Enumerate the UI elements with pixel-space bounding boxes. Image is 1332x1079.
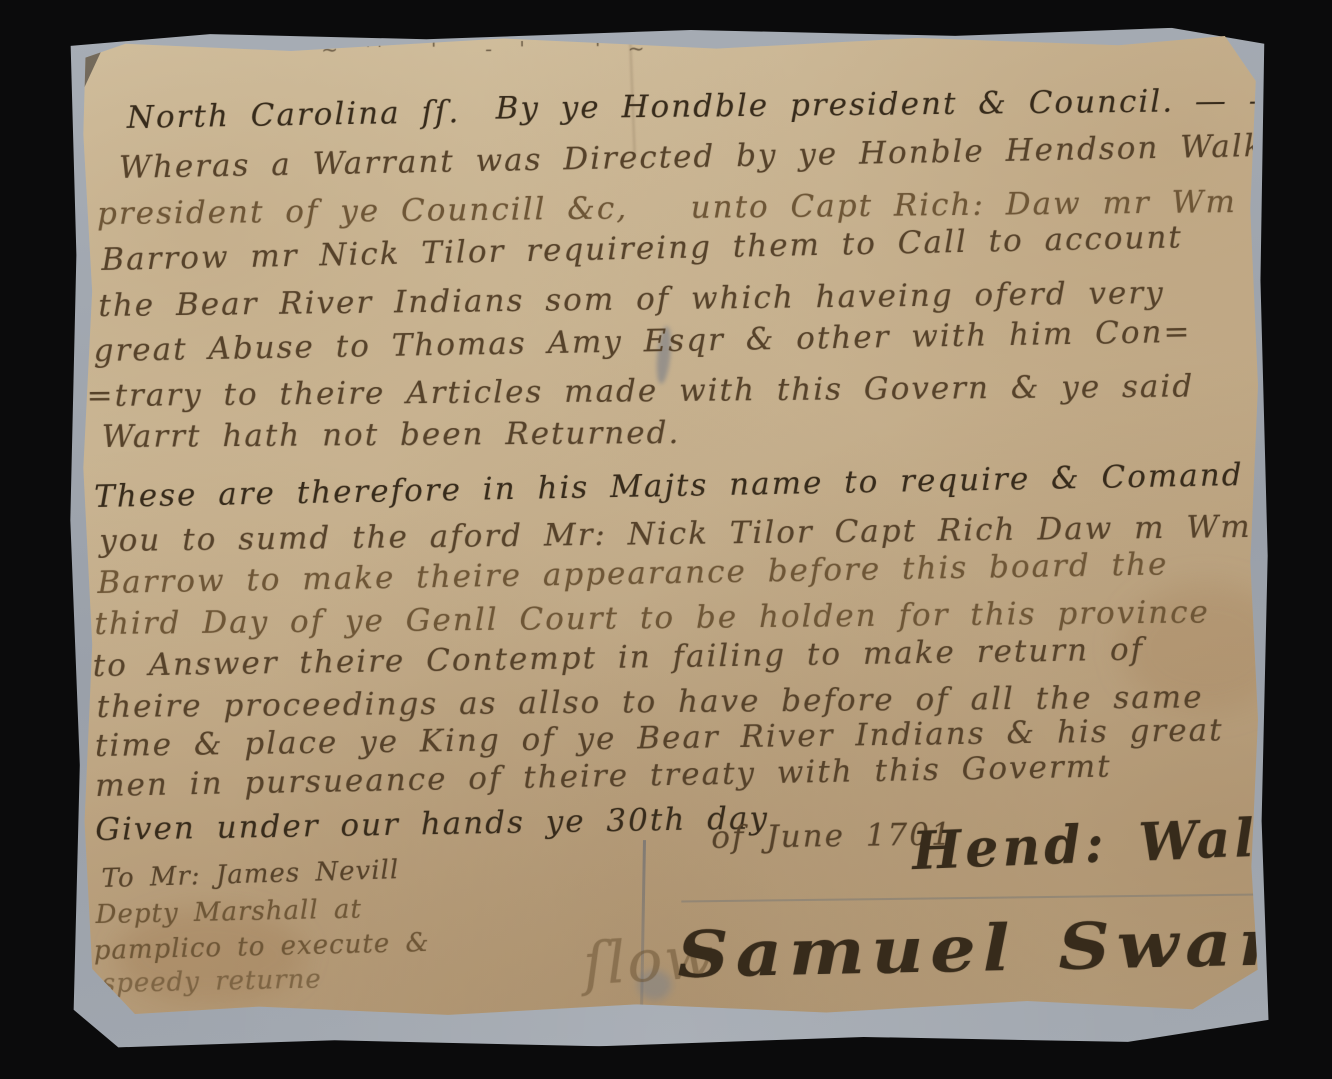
text-line: These are therefore in his Majts name to… [94, 457, 1244, 515]
paper-seam-horizontal [681, 893, 1261, 902]
signature-henderson-walker: Hend: Walker [911, 804, 1332, 882]
heading-authority: By ye Hondble president & Council. — — [495, 82, 1281, 126]
signature-samuel-swann: Samuel Swann [676, 904, 1332, 993]
photograph-background: ' ~ '' ' - ' ' ~ ' '' North Carolina ſſ.… [0, 0, 1332, 1079]
manuscript-paper: ' ~ '' ' - ' ' ~ ' '' North Carolina ſſ.… [78, 32, 1263, 1018]
dateline-left: Given under our hands ye 30th day [95, 800, 769, 848]
text-line: Warrt hath not been Returned. [102, 415, 681, 455]
text-line: =trary to theire Articles made with this… [86, 368, 1194, 414]
heading-place: North Carolina ſſ. [127, 94, 461, 136]
address-line: speedy returne [102, 964, 323, 999]
address-line: To Mr: James Nevill [101, 855, 399, 894]
text-line: great Abuse to Thomas Amy Esqr & other w… [93, 314, 1191, 369]
address-line: Depty Marshall at [95, 894, 362, 930]
text-line: Wheras a Warrant was Directed by ye Honb… [119, 125, 1332, 186]
